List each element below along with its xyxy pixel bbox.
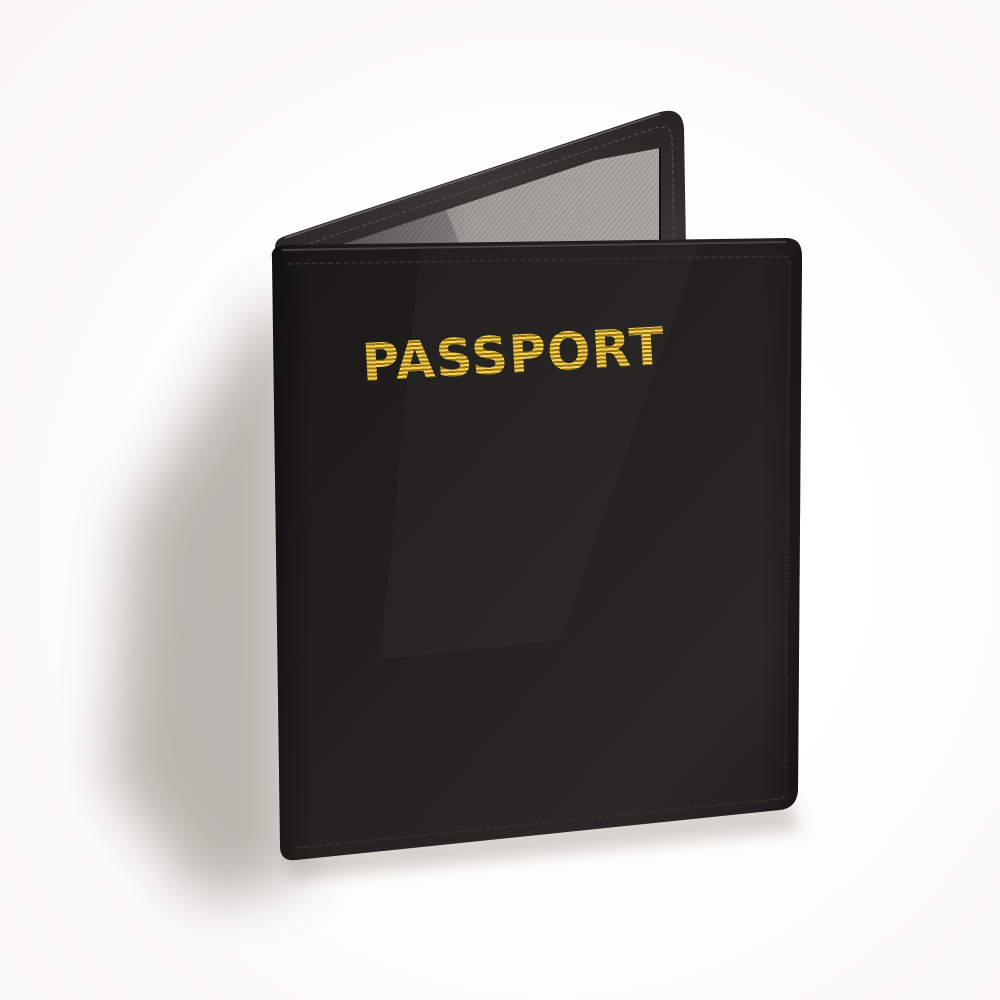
- product-photo: PASSPORT: [0, 0, 1000, 1000]
- back-cover: [275, 111, 686, 262]
- passport-cover-illustration: [0, 0, 1000, 1000]
